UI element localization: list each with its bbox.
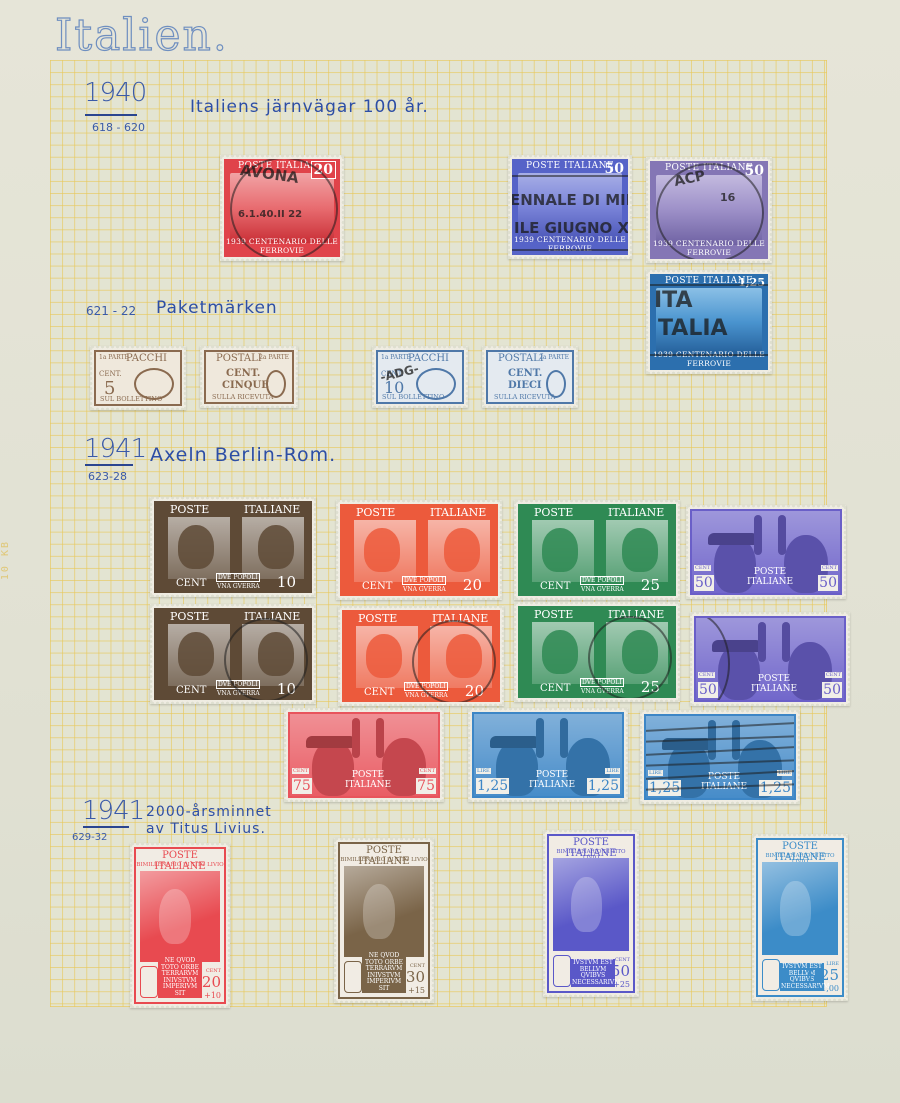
stamp-cent-label: CENT — [364, 687, 394, 698]
stamp-inscription-left: POSTE — [170, 503, 209, 516]
stamp-railway-20c: POSTE ITALIANE 20 1939 CENTENARIO DELLE … — [220, 155, 344, 261]
stamp-unit-label: LIRE — [648, 770, 663, 776]
stamp-parcel-10c-right-half: POSTALI 2a PARTE CENT. DIECI SULLA RICEV… — [482, 346, 578, 408]
stamp-motto-2: VNA GVERRA — [402, 586, 447, 593]
stamp-value-left: 1,25 — [476, 778, 509, 794]
stamp-railway-50c-blue: POSTE ITALIANE 50 1939 CENTENARIO DELLE … — [508, 155, 632, 259]
stamp-value-left: 75 — [292, 778, 312, 794]
stamp-axis-portraits-25c: POSTE ITALIANE CENT DVE POPOLI VNA GVERR… — [514, 602, 680, 702]
cancel-line — [644, 722, 796, 732]
stamp-parcel-5c-left-half: 1a PARTE PACCHI CENT. 5 SUL BOLLETTINO — [90, 346, 186, 410]
stamp-title: PACCHI — [126, 353, 167, 364]
section-1940-caption: Italiens järnvägar 100 år. — [190, 97, 429, 117]
soldier-icon — [778, 515, 786, 555]
page-title: Italien. — [55, 10, 229, 61]
stamp-value-label: CENT. — [226, 368, 260, 379]
portrait-right-icon — [622, 528, 658, 572]
stamp-motto-1: DVE POPOLI — [580, 576, 624, 585]
postmark — [694, 616, 730, 702]
section-1940-catalog-numbers: 618 - 620 — [92, 121, 145, 134]
stamp-inscription-left: POSTE — [356, 506, 395, 519]
stamp-inscription-left: POSTE — [534, 608, 573, 621]
stamp-title: POSTALI — [498, 353, 544, 364]
stamp-axis-soldiers-50: CENT 50 CENT 50 POSTE ITALIANE — [690, 612, 850, 706]
year-underline — [85, 114, 137, 116]
portrait-left-icon — [364, 528, 400, 572]
stamp-value-words: DIECI — [508, 380, 542, 391]
stamp-axis-soldiers-1-25: LIRE 1,25 LIRE 1,25 POSTE ITALIANE — [468, 708, 628, 802]
soldier-icon — [758, 622, 766, 662]
peaked-cap-icon — [306, 736, 356, 748]
stamp-axis-portraits-10c: POSTE ITALIANE CENT DVE POPOLI VNA GVERR… — [150, 497, 316, 597]
section-livius-catalog-numbers: 629-32 — [72, 832, 107, 843]
soldier-icon — [376, 718, 384, 758]
soldier-icon — [536, 718, 544, 758]
figure-icon — [780, 881, 810, 937]
stamp-livius-1-25: POSTE ITALIANE BIMILLENARIO DI TITO LIVI… — [752, 834, 848, 1001]
portrait-left-icon — [178, 632, 214, 676]
postmark — [412, 620, 496, 702]
margin-mark: 10 KB — [0, 540, 11, 580]
cancel-line — [512, 249, 628, 251]
stamp-subtitle: BIMILLENARIO DI TITO LIVIO — [136, 862, 224, 868]
peaked-cap-icon — [490, 736, 540, 748]
portrait-right-icon — [258, 525, 294, 569]
stamp-bottom-text: SUL BOLLETTINO — [100, 395, 162, 403]
stamp-railway-50c-violet: POSTE ITALIANE 50 1939 CENTENARIO DELLE … — [646, 157, 772, 263]
cancel-line — [650, 284, 768, 286]
stamp-motto: NE QVOD TOTO ORBE TERRARVM INIVSTVM IMPE… — [362, 952, 406, 993]
relief-scene — [762, 862, 838, 955]
stamp-unit-label: CENT — [825, 672, 842, 678]
stamp-value: 50 — [611, 962, 630, 980]
stamp-unit-label: LIRE — [476, 768, 491, 774]
relief-scene — [140, 871, 220, 962]
stamp-value: 10 — [277, 573, 296, 591]
stamp-railway-1-25-lire: POSTE ITALIANE 1,25 1939 CENTENARIO DELL… — [646, 270, 772, 374]
cancel-line — [650, 354, 768, 356]
stamp-inscription-right: ITALIANE — [608, 506, 664, 519]
stamp-motto-1: DVE POPOLI — [216, 573, 260, 582]
stamp-inscription-left: POSTE — [170, 610, 209, 623]
relief-scene — [553, 858, 629, 951]
stamp-cent-label: CENT — [176, 685, 206, 696]
stamp-surcharge: +25 — [613, 980, 630, 989]
figure-icon — [571, 877, 601, 933]
cancel-line — [644, 735, 796, 742]
section-1940-year: 1940 — [84, 78, 146, 108]
album-page: 10 KB Italien. 1940 618 - 620 Italiens j… — [0, 0, 900, 1103]
stamp-value-right: 1,25 — [587, 778, 620, 794]
stamp-value-label: CENT. — [99, 370, 121, 378]
stamp-value-right: 1,25 — [759, 780, 792, 796]
relief-scene — [344, 866, 424, 957]
stamp-cent-label: CENT — [540, 581, 570, 592]
cancel-line — [512, 175, 628, 177]
stamp-unit-label: CENT — [821, 565, 838, 571]
soldier-icon — [560, 718, 568, 758]
peaked-cap-icon — [708, 533, 758, 545]
portrait-left-icon — [542, 528, 578, 572]
postmark-text-2: ILE GIUGNO X — [514, 219, 628, 237]
stamp-subtitle: BIMILLENARIO DI TITO LIVIO — [340, 857, 428, 863]
stamp-livius-50: POSTE ITALIANE BIMILLENARIO DI TITO LIVI… — [543, 830, 639, 997]
section-parcel-caption: Paketmärken — [156, 298, 278, 318]
portrait-right-icon — [444, 528, 480, 572]
stamp-axis-portraits-10c: POSTE ITALIANE CENT DVE POPOLI VNA GVERR… — [150, 604, 316, 704]
stamp-inscription-bottom: 1939 CENTENARIO DELLE FERROVIE — [650, 350, 768, 368]
portrait-left-icon — [178, 525, 214, 569]
stamp-title: POSTALI — [216, 353, 262, 364]
stamp-inscription: POSTE ITALIANE — [334, 770, 402, 790]
stamp-value-right: 50 — [818, 575, 838, 591]
crest-icon — [762, 959, 780, 991]
stamp-axis-portraits-20c: POSTE ITALIANE CENT DVE POPOLI VNA GVERR… — [338, 606, 504, 706]
stamp-value: 1,25 — [806, 966, 839, 984]
postmark — [656, 163, 764, 259]
postmark-text: ENNALE DI MILA — [512, 191, 628, 209]
section-livius-caption-line1: 2000-årsminnet — [146, 804, 272, 821]
soldier-icon — [754, 515, 762, 555]
postmark-text-2: TALIA — [658, 316, 728, 341]
crest-icon — [344, 961, 362, 993]
section-axis-caption: Axeln Berlin-Rom. — [150, 444, 336, 466]
stamp-inscription: POSTE ITALIANE — [340, 845, 428, 867]
stamp-parcel-5c-right-half: POSTALI 2a PARTE CENT. CINQUE SULLA RICE… — [200, 346, 298, 408]
stamp-surcharge: +15 — [408, 986, 425, 995]
stamp-bottom-text: SULLA RICEVUTA — [494, 393, 555, 401]
stamp-axis-portraits-20c: POSTE ITALIANE CENT DVE POPOLI VNA GVERR… — [336, 500, 502, 600]
section-livius-year: 1941 — [82, 796, 144, 826]
stamp-value: 20 — [463, 576, 482, 594]
postmark-date: 6.1.40.II 22 — [238, 209, 302, 220]
stamp-cent-label: CENT — [362, 581, 392, 592]
soldier-icon — [782, 622, 790, 662]
section-axis-catalog-numbers: 623-28 — [88, 470, 127, 483]
stamp-inscription: POSTE ITALIANE — [740, 674, 808, 694]
stamp-value-left: 50 — [694, 575, 714, 591]
stamp-inscription: POSTE ITALIANE — [736, 567, 804, 587]
stamp-part-label: 2a PARTE — [539, 354, 569, 361]
stamp-surcharge: +10 — [204, 991, 221, 1000]
stamp-axis-soldiers-50: CENT 50 CENT 50 POSTE ITALIANE — [686, 505, 846, 599]
crest-icon — [140, 966, 158, 998]
stamp-value: 30 — [406, 968, 425, 986]
stamp-unit-label: LIRE — [605, 768, 620, 774]
stamp-livius-20: POSTE ITALIANE BIMILLENARIO DI TITO LIVI… — [130, 843, 230, 1008]
stamp-axis-soldiers-75: CENT 75 CENT 75 POSTE ITALIANE — [284, 708, 444, 802]
postmark-text: ITA — [654, 288, 693, 313]
stamp-unit-label: CENT — [419, 768, 436, 774]
stamp-surcharge: +1,00 — [814, 984, 839, 993]
stamp-value-right: 50 — [822, 682, 842, 698]
figure-icon — [363, 884, 395, 939]
crest-icon — [553, 955, 571, 987]
section-axis-year: 1941 — [84, 434, 146, 464]
stamp-value: 1,25 — [738, 276, 765, 289]
year-underline — [85, 464, 133, 466]
stamp-part-label: 1a PARTE — [99, 354, 129, 361]
stamp-bottom-text: SULLA RICEVUTA — [212, 393, 273, 401]
stamp-motto: IVSTVM EST BELLVM QVIBVS NECESSARIVM — [571, 959, 615, 987]
section-parcel-catalog-numbers: 621 - 22 — [86, 304, 136, 318]
stamp-value-right: 75 — [416, 778, 436, 794]
postmark — [588, 616, 672, 698]
stamp-unit-label: CENT — [694, 565, 711, 571]
stamp-motto-2: VNA GVERRA — [216, 583, 261, 590]
figure-icon — [159, 889, 191, 944]
stamp-part-label: 2a PARTE — [259, 354, 289, 361]
stamp-motto-1: DVE POPOLI — [402, 576, 446, 585]
stamp-parcel-10c-left-half: 1a PARTE PACCHI CENT. 10 SUL BOLLETTINO … — [372, 346, 468, 408]
stamp-unit-label: CENT — [292, 768, 309, 774]
stamp-axis-soldiers-1-25: LIRE 1,25 LIRE 1,25 POSTE ITALIANE — [640, 710, 800, 804]
stamp-motto-2: VNA GVERRA — [580, 586, 625, 593]
stamp-bottom-text: SUL BOLLETTINO — [382, 393, 444, 401]
soldier-icon — [352, 718, 360, 758]
stamp-cent-label: CENT — [540, 683, 570, 694]
stamp-inscription-right: ITALIANE — [244, 503, 300, 516]
stamp-inscription-left: POSTE — [358, 612, 397, 625]
portrait-left-icon — [542, 630, 578, 674]
stamp-inscription: POSTE ITALIANE — [518, 770, 586, 790]
stamp-part-label: 1a PARTE — [381, 354, 411, 361]
stamp-value-words: CINQUE — [222, 380, 269, 391]
stamp-inscription-right: ITALIANE — [430, 506, 486, 519]
stamp-value: 25 — [641, 576, 660, 594]
portrait-left-icon — [366, 634, 402, 678]
year-underline — [83, 826, 129, 828]
postmark — [224, 618, 308, 700]
stamp-axis-portraits-25c: POSTE ITALIANE CENT DVE POPOLI VNA GVERR… — [514, 500, 680, 600]
stamp-inscription: POSTE ITALIANE — [136, 850, 224, 872]
section-livius-caption-line2: av Titus Livius. — [146, 821, 266, 838]
stamp-inscription-left: POSTE — [534, 506, 573, 519]
stamp-cent-label: CENT — [176, 578, 206, 589]
stamp-motto: NE QVOD TOTO ORBE TERRARVM INIVSTVM IMPE… — [158, 957, 202, 998]
stamp-value-label: CENT. — [508, 368, 542, 379]
stamp-livius-30: POSTE ITALIANE BIMILLENARIO DI TITO LIVI… — [334, 838, 434, 1003]
stamp-value: 20 — [202, 973, 221, 991]
postmark-date: 16 — [720, 191, 735, 204]
